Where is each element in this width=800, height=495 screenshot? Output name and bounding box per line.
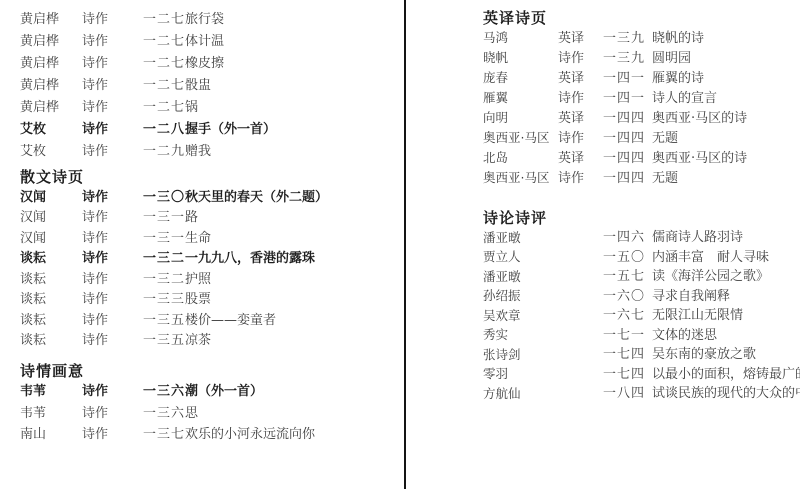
title-cell: 试谈民族的现代的大众的中华新诗 [652,387,800,400]
page-cell: 一四一 [603,92,652,105]
toc-row: 黄启桦诗作一二七锅 [20,96,398,118]
title-cell: 赠我 [185,145,398,158]
author-cell: 张诗剑 [483,349,558,362]
toc-left-column: 黄启桦诗作一二七旅行袋黄启桦诗作一二七体计温黄启桦诗作一二七橡皮擦黄启桦诗作一二… [20,0,398,446]
role-cell: 诗作 [82,252,143,265]
page-cell: 一二七 [143,35,185,48]
toc-row: 向明英译一四四奥西亚·马区的诗 [483,108,795,128]
author-cell: 汉闻 [20,232,82,245]
role-cell: 诗作 [82,334,143,347]
page-cell: 一四四 [603,152,652,165]
page-cell: 一三六 [143,385,185,398]
toc-right-column: 英译诗页马鸿英译一三九晓帆的诗晓帆诗作一三九圆明园庞春英译一四一雁翼的诗雁翼诗作… [420,0,795,404]
toc-row: 吴欢章一六七无限江山无限情 [483,306,795,326]
title-cell: 寻求自我阐释 [652,290,795,303]
toc-section: 黄启桦诗作一二七旅行袋黄启桦诗作一二七体计温黄启桦诗作一二七橡皮擦黄启桦诗作一二… [20,8,398,162]
title-cell: 晓帆的诗 [652,32,795,45]
section-header: 诗情画意 [20,361,398,381]
author-cell: 黄启桦 [20,101,82,114]
author-cell: 贾立人 [483,251,558,264]
page-cell: 一三五 [143,314,185,327]
toc-row: 谈耘诗作一三三股票 [20,290,398,311]
page-cell: 一二七 [143,13,185,26]
role-cell: 英译 [558,32,603,45]
toc-row: 谈耘诗作一三二护照 [20,269,398,290]
author-cell: 韦苇 [20,385,82,398]
toc-section: 散文诗页汉闻诗作一三〇秋天里的春天（外二题）汉闻诗作一三一路汉闻诗作一三一生命谈… [20,167,398,351]
toc-row: 艾枚诗作一二八握手（外一首） [20,118,398,140]
toc-row: 南山诗作一三七欢乐的小河永远流向你 [20,424,398,446]
toc-row: 汉闻诗作一三一路 [20,208,398,229]
section-header: 散文诗页 [20,167,398,187]
page-cell: 一四六 [603,231,652,244]
title-cell: 一九九八，香港的露珠 [185,252,398,265]
page-cell: 一三九 [603,32,652,45]
title-cell: 体计温 [185,35,398,48]
toc-row: 零羽一七四以最小的面积，熔铸最广的生活 [483,365,795,385]
toc-page: 黄启桦诗作一二七旅行袋黄启桦诗作一二七体计温黄启桦诗作一二七橡皮擦黄启桦诗作一二… [0,0,800,495]
page-cell: 一三〇 [143,191,185,204]
title-cell: 奥西亚·马区的诗 [652,112,795,125]
toc-row: 庞春英译一四一雁翼的诗 [483,68,795,88]
author-cell: 汉闻 [20,191,82,204]
toc-row: 张诗剑一七四吴东南的豪放之歌 [483,345,795,365]
page-cell: 一二九 [143,145,185,158]
author-cell: 雁翼 [483,92,558,105]
toc-section: 英译诗页马鸿英译一三九晓帆的诗晓帆诗作一三九圆明园庞春英译一四一雁翼的诗雁翼诗作… [483,8,795,188]
section-header: 诗论诗评 [483,208,795,228]
page-cell: 一六七 [603,309,652,322]
author-cell: 黄启桦 [20,13,82,26]
page-cell: 一三九 [603,52,652,65]
role-cell: 诗作 [82,101,143,114]
title-cell: 雁翼的诗 [652,72,795,85]
author-cell: 南山 [20,428,82,441]
title-cell: 无限江山无限情 [652,309,795,322]
page-cell: 一三一 [143,211,185,224]
page-cell: 一四四 [603,132,652,145]
page-cell: 一四四 [603,112,652,125]
title-cell: 旅行袋 [185,13,398,26]
title-cell: 生命 [185,232,398,245]
toc-row: 北岛英译一四四奥西亚·马区的诗 [483,148,795,168]
role-cell: 诗作 [82,407,143,420]
title-cell: 欢乐的小河永远流向你 [185,428,398,441]
title-cell: 无题 [652,172,795,185]
section-header: 英译诗页 [483,8,795,28]
page-cell: 一四一 [603,72,652,85]
author-cell: 谈耘 [20,293,82,306]
title-cell: 儒商诗人路羽诗 [652,231,795,244]
author-cell: 韦苇 [20,407,82,420]
role-cell: 诗作 [82,123,143,136]
author-cell: 黄启桦 [20,35,82,48]
title-cell: 思 [185,407,398,420]
page-cell: 一七四 [603,368,652,381]
toc-row: 奥西亚·马区诗作一四四无题 [483,128,795,148]
role-cell: 诗作 [558,92,603,105]
page-cell: 一二七 [143,57,185,70]
author-cell: 晓帆 [483,52,558,65]
role-cell: 诗作 [82,293,143,306]
column-divider-line [404,0,406,489]
role-cell: 英译 [558,112,603,125]
author-cell: 谈耘 [20,334,82,347]
role-cell: 诗作 [82,314,143,327]
author-cell: 吴欢章 [483,310,558,323]
title-cell: 秋天里的春天（外二题） [185,191,398,204]
toc-row: 黄启桦诗作一二七骰盅 [20,74,398,96]
page-cell: 一三二 [143,252,185,265]
page-cell: 一二八 [143,123,185,136]
title-cell: 无题 [652,132,795,145]
title-cell: 锅 [185,101,398,114]
author-cell: 孙绍振 [483,290,558,303]
toc-row: 方航仙一八四试谈民族的现代的大众的中华新诗 [483,384,795,404]
title-cell: 诗人的宣言 [652,92,795,105]
author-cell: 向明 [483,112,558,125]
toc-section: 诗论诗评潘亚暾一四六儒商诗人路羽诗贾立人一五〇内涵丰富 耐人寻味潘亚暾一五七读《… [483,208,795,404]
title-cell: 路 [185,211,398,224]
author-cell: 奥西亚·马区 [483,132,558,145]
toc-row: 艾枚诗作一二九赠我 [20,140,398,162]
author-cell: 艾枚 [20,145,82,158]
title-cell: 潮（外一首） [185,385,398,398]
author-cell: 奥西亚·马区 [483,172,558,185]
toc-row: 汉闻诗作一三一生命 [20,228,398,249]
toc-row: 谈耘诗作一三五楼价——娈童者 [20,310,398,331]
author-cell: 秀实 [483,329,558,342]
title-cell: 股票 [185,293,398,306]
role-cell: 诗作 [558,52,603,65]
author-cell: 潘亚暾 [483,232,558,245]
page-cell: 一四四 [603,172,652,185]
page-cell: 一八四 [603,387,652,400]
toc-row: 雁翼诗作一四一诗人的宣言 [483,88,795,108]
page-cell: 一六〇 [603,290,652,303]
page-cell: 一三一 [143,232,185,245]
role-cell: 英译 [558,72,603,85]
page-cell: 一三三 [143,293,185,306]
role-cell: 诗作 [82,79,143,92]
role-cell: 英译 [558,152,603,165]
role-cell: 诗作 [82,191,143,204]
toc-row: 孙绍振一六〇寻求自我阐释 [483,287,795,307]
author-cell: 庞春 [483,72,558,85]
toc-row: 谈耘诗作一三二一九九八，香港的露珠 [20,249,398,270]
title-cell: 以最小的面积，熔铸最广的生活 [652,368,800,381]
toc-row: 黄启桦诗作一二七体计温 [20,30,398,52]
author-cell: 方航仙 [483,388,558,401]
toc-row: 潘亚暾一五七读《海洋公园之歌》 [483,267,795,287]
role-cell: 诗作 [82,211,143,224]
role-cell: 诗作 [82,35,143,48]
page-cell: 一二七 [143,101,185,114]
role-cell: 诗作 [558,132,603,145]
author-cell: 谈耘 [20,252,82,265]
toc-row: 秀实一七一文体的迷思 [483,326,795,346]
role-cell: 诗作 [82,13,143,26]
page-cell: 一二七 [143,79,185,92]
toc-row: 黄启桦诗作一二七旅行袋 [20,8,398,30]
toc-row: 汉闻诗作一三〇秋天里的春天（外二题） [20,187,398,208]
title-cell: 握手（外一首） [185,123,398,136]
author-cell: 零羽 [483,368,558,381]
page-cell: 一五七 [603,270,652,283]
toc-row: 马鸿英译一三九晓帆的诗 [483,28,795,48]
title-cell: 楼价——娈童者 [185,314,398,327]
author-cell: 谈耘 [20,273,82,286]
title-cell: 橡皮擦 [185,57,398,70]
page-cell: 一三五 [143,334,185,347]
toc-row: 潘亚暾一四六儒商诗人路羽诗 [483,228,795,248]
page-cell: 一三六 [143,407,185,420]
page-cell: 一三二 [143,273,185,286]
title-cell: 读《海洋公园之歌》 [652,270,795,283]
author-cell: 汉闻 [20,211,82,224]
role-cell: 诗作 [82,232,143,245]
author-cell: 潘亚暾 [483,271,558,284]
toc-row: 谈耘诗作一三五凉茶 [20,331,398,352]
author-cell: 马鸿 [483,32,558,45]
role-cell: 诗作 [82,145,143,158]
page-cell: 一七一 [603,329,652,342]
title-cell: 吴东南的豪放之歌 [652,348,795,361]
page-cell: 一三七 [143,428,185,441]
role-cell: 诗作 [82,385,143,398]
author-cell: 北岛 [483,152,558,165]
toc-section: 诗情画意韦苇诗作一三六潮（外一首）韦苇诗作一三六思南山诗作一三七欢乐的小河永远流… [20,361,398,446]
title-cell: 骰盅 [185,79,398,92]
role-cell: 诗作 [82,273,143,286]
author-cell: 黄启桦 [20,57,82,70]
toc-row: 贾立人一五〇内涵丰富 耐人寻味 [483,248,795,268]
role-cell: 诗作 [82,57,143,70]
title-cell: 文体的迷思 [652,329,795,342]
title-cell: 内涵丰富 耐人寻味 [652,251,795,264]
author-cell: 黄启桦 [20,79,82,92]
role-cell: 诗作 [82,428,143,441]
title-cell: 护照 [185,273,398,286]
title-cell: 圆明园 [652,52,795,65]
author-cell: 谈耘 [20,314,82,327]
role-cell: 诗作 [558,172,603,185]
page-cell: 一五〇 [603,251,652,264]
toc-row: 晓帆诗作一三九圆明园 [483,48,795,68]
toc-row: 奥西亚·马区诗作一四四无题 [483,168,795,188]
toc-row: 韦苇诗作一三六思 [20,403,398,425]
toc-row: 黄启桦诗作一二七橡皮擦 [20,52,398,74]
title-cell: 奥西亚·马区的诗 [652,152,795,165]
page-cell: 一七四 [603,348,652,361]
toc-row: 韦苇诗作一三六潮（外一首） [20,381,398,403]
title-cell: 凉茶 [185,334,398,347]
author-cell: 艾枚 [20,123,82,136]
